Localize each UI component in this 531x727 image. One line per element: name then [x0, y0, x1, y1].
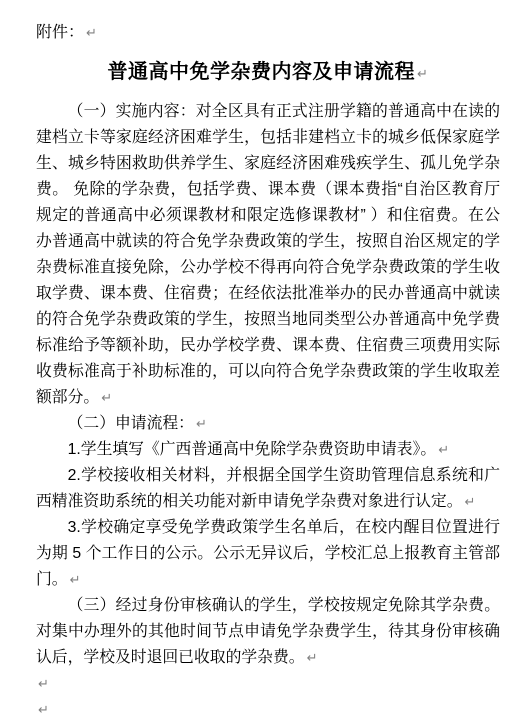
- empty-paragraph: ↵: [36, 671, 500, 697]
- empty-paragraph: ↵: [36, 697, 500, 723]
- paragraph-step-2: 2.学校接收相关材料，并根据全国学生资助管理信息系统和广西精准资助系统的相关功能…: [36, 463, 500, 515]
- pilcrow-mark: ↵: [86, 20, 97, 46]
- paragraph-text: 3.学校确定享受免学费政策学生名单后，在校内醒目位置进行为期 5 个工作日的公示…: [36, 519, 500, 588]
- paragraph-step-3: 3.学校确定享受免学费政策学生名单后，在校内醒目位置进行为期 5 个工作日的公示…: [36, 515, 500, 593]
- pilcrow-mark: ↵: [38, 671, 49, 697]
- pilcrow-mark: ↵: [438, 437, 449, 463]
- pilcrow-mark: ↵: [196, 411, 207, 437]
- paragraph-step-1: 1.学生填写《广西普通高中免除学杂费资助申请表》。↵: [36, 437, 500, 463]
- attachment-label: 附件：: [36, 24, 84, 41]
- pilcrow-mark: ↵: [38, 697, 49, 723]
- pilcrow-mark: ↵: [101, 385, 112, 411]
- paragraph-text: （一）实施内容：对全区具有正式注册学籍的普通高中在读的建档立卡等家庭经济困难学生…: [36, 103, 500, 406]
- pilcrow-mark: ↵: [417, 59, 428, 89]
- document-title-line: 普通高中免学杂费内容及申请流程↵: [36, 57, 500, 89]
- paragraph-implementation-content: （一）实施内容：对全区具有正式注册学籍的普通高中在读的建档立卡等家庭经济困难学生…: [36, 99, 500, 411]
- document-page: 附件：↵ 普通高中免学杂费内容及申请流程↵ （一）实施内容：对全区具有正式注册学…: [0, 0, 531, 727]
- paragraph-application-process-heading: （二）申请流程：↵: [36, 411, 500, 437]
- pilcrow-mark: ↵: [465, 489, 476, 515]
- page-title: 普通高中免学杂费内容及申请流程: [108, 61, 416, 83]
- paragraph-text: （二）申请流程：: [68, 415, 194, 432]
- pilcrow-mark: ↵: [307, 645, 318, 671]
- pilcrow-mark: ↵: [70, 567, 81, 593]
- paragraph-text: 1.学生填写《广西普通高中免除学杂费资助申请表》。: [68, 441, 437, 458]
- paragraph-identity-verification: （三）经过身份审核确认的学生，学校按规定免除其学杂费。对集中办理外的其他时间节点…: [36, 593, 500, 671]
- paragraph-text: （三）经过身份审核确认的学生，学校按规定免除其学杂费。对集中办理外的其他时间节点…: [36, 597, 500, 666]
- attachment-line: 附件：↵: [36, 20, 500, 46]
- paragraph-text: 2.学校接收相关材料，并根据全国学生资助管理信息系统和广西精准资助系统的相关功能…: [36, 467, 500, 510]
